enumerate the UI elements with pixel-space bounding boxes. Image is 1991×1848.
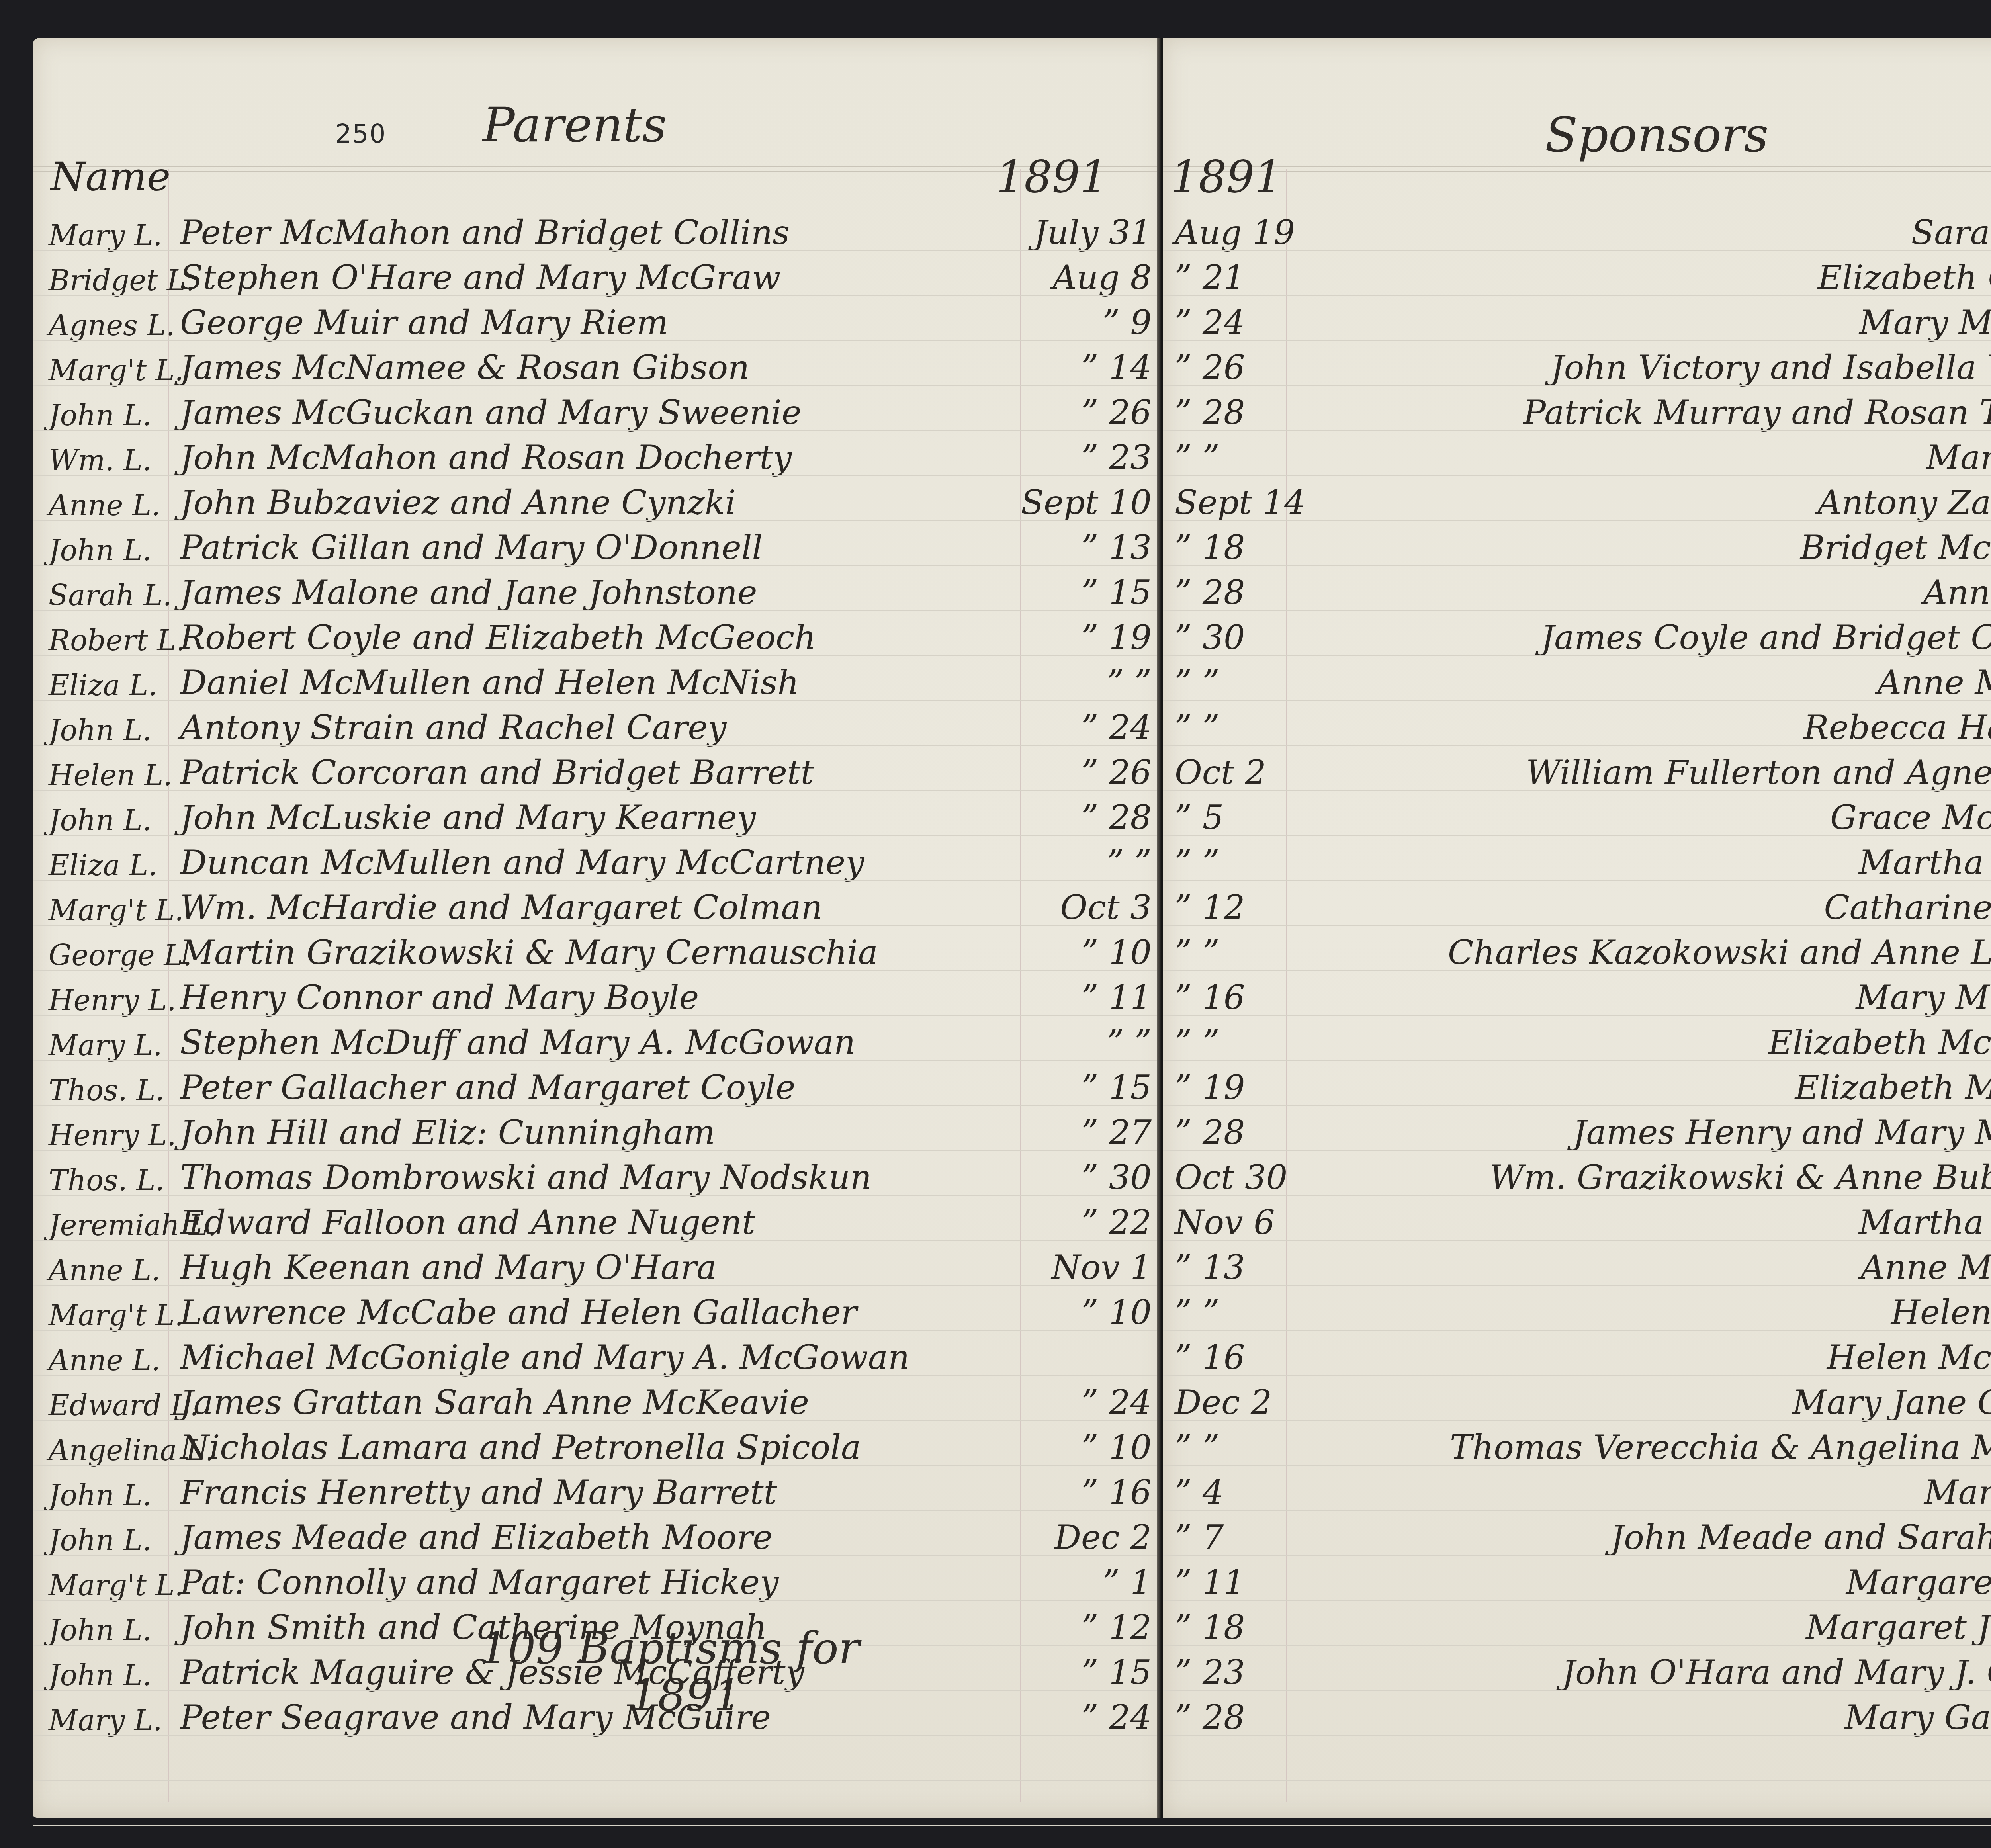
- ruling-line: [1163, 1105, 1991, 1106]
- baptism-row: Eliza L.Daniel McMullen and Helen McNish…: [33, 657, 1168, 702]
- ruling-line: [33, 1735, 1168, 1736]
- parents-names: James McGuckan and Mary Sweenie: [180, 393, 1020, 432]
- child-name: Thos. L.: [33, 1164, 180, 1197]
- sponsor-row: ” 18Bridget McMahonMich. Fox: [1163, 522, 1991, 567]
- parents-names: Pat: Connolly and Margaret Hickey: [180, 1563, 1020, 1602]
- parents-names: Edward Falloon and Anne Nugent: [180, 1203, 1020, 1242]
- ruling-line: [1163, 925, 1991, 926]
- sponsor-names: Elizabeth McAleer: [1306, 1068, 1991, 1107]
- baptism-date: Sept 14: [1163, 483, 1306, 522]
- baptism-date: ” 27: [1020, 1113, 1168, 1152]
- baptism-date: ” ”: [1163, 708, 1306, 747]
- sponsor-row: Dec 2Mary Jane GrattanMich. Fox: [1163, 1377, 1991, 1422]
- parents-names: George Muir and Mary Riem: [180, 303, 1020, 342]
- baptism-date: ” 11: [1020, 978, 1168, 1017]
- sponsor-row: ” ”Thomas Verecchia & Angelina ManciniMi…: [1163, 1422, 1991, 1467]
- baptism-date: Oct 3: [1020, 888, 1168, 927]
- sponsor-row: ” ”Anne MurphyMichael Fox: [1163, 657, 1991, 702]
- baptism-date: Aug 8: [1020, 258, 1168, 297]
- child-name: Henry L.: [33, 1119, 180, 1152]
- baptism-date: ” 15: [1020, 1068, 1168, 1107]
- ruling-line: [33, 1060, 1168, 1061]
- parents-names: Wm. McHardie and Margaret Colman: [180, 888, 1020, 927]
- ruling-line: [1163, 1600, 1991, 1601]
- header-rule: [1163, 171, 1991, 172]
- parents-names: Henry Connor and Mary Boyle: [180, 978, 1020, 1017]
- sponsor-row: Nov 6Martha FarrellMichael Fox: [1163, 1197, 1991, 1242]
- ruling-line: [33, 700, 1168, 701]
- sponsor-names: Mary Gallacher: [1306, 1698, 1991, 1737]
- ruling-line: [1163, 1645, 1991, 1646]
- sponsor-names: Bridget McMahon: [1306, 528, 1991, 567]
- child-name: Eliza L.: [33, 849, 180, 882]
- ruling-line: [1163, 295, 1991, 296]
- sponsor-row: ” 26John Victory and Isabella VictoryMic…: [1163, 342, 1991, 387]
- baptism-row: Edward L.James Grattan Sarah Anne McKeav…: [33, 1377, 1168, 1422]
- baptism-date: ” ”: [1163, 843, 1306, 882]
- parents-names: Robert Coyle and Elizabeth McGeoch: [180, 618, 1020, 657]
- ruling-line: [1163, 1825, 1991, 1826]
- parents-names: Hugh Keenan and Mary O'Hara: [180, 1248, 1020, 1287]
- baptism-date: ” ”: [1163, 1428, 1306, 1467]
- baptism-date: ” 30: [1163, 618, 1306, 657]
- baptism-date: ” 12: [1020, 1608, 1168, 1647]
- sponsor-row: ” 16Mary McToneyMich. Fox: [1163, 972, 1991, 1017]
- parents-names: Duncan McMullen and Mary McCartney: [180, 843, 1020, 882]
- ruling-line: [1163, 340, 1991, 341]
- sponsor-row: ” 28James Henry and Mary MurphyMich. Fox: [1163, 1107, 1991, 1152]
- ruling-line: [1163, 1240, 1991, 1241]
- ruling-line: [1163, 1330, 1991, 1331]
- baptism-row: Mary L.Peter McMahon and Bridget Collins…: [33, 207, 1168, 252]
- child-name: Jeremiah L.: [33, 1209, 180, 1242]
- sponsor-names: James Henry and Mary Murphy: [1306, 1113, 1991, 1152]
- ruling-line: [33, 1510, 1168, 1511]
- sponsor-names: Sarah Kane: [1306, 213, 1991, 252]
- sponsor-names: Elizabeth McGowan: [1306, 1023, 1991, 1062]
- ruling-line: [1163, 880, 1991, 881]
- baptism-row: Anne L.Michael McGonigle and Mary A. McG…: [33, 1332, 1168, 1377]
- parents-names: Antony Strain and Rachel Carey: [180, 708, 1020, 747]
- child-name: John L.: [33, 1478, 180, 1512]
- ruling-line: [1163, 1510, 1991, 1511]
- baptism-date: ” ”: [1163, 438, 1306, 477]
- ruling-line: [33, 835, 1168, 836]
- sponsor-row: Oct 30Wm. Grazikowski & Anne BubzaviekMi…: [1163, 1152, 1991, 1197]
- parents-names: John Hill and Eliz: Cunningham: [180, 1113, 1020, 1152]
- ruling-line: [1163, 430, 1991, 431]
- ruling-line: [1163, 790, 1991, 791]
- baptism-date: ” 24: [1020, 1383, 1168, 1422]
- baptism-row: Mary L.Stephen McDuff and Mary A. McGowa…: [33, 1017, 1168, 1062]
- year-header: 1891: [1171, 151, 1282, 202]
- baptism-date: Nov 1: [1020, 1248, 1168, 1287]
- baptism-date: Nov 6: [1163, 1203, 1306, 1242]
- ruling-line: [1163, 250, 1991, 251]
- ruling-line: [33, 340, 1168, 341]
- baptism-date: ” 30: [1020, 1158, 1168, 1197]
- ruling-line: [33, 1375, 1168, 1376]
- right-page: 251 Sponsors 1891 Aug 19Sarah KaneMichae…: [1163, 38, 1991, 1818]
- year-header: 1891: [996, 151, 1108, 202]
- baptism-row: Thos. L.Peter Gallacher and Margaret Coy…: [33, 1062, 1168, 1107]
- parents-names: Peter Gallacher and Margaret Coyle: [180, 1068, 1020, 1107]
- baptism-date: ” 5: [1163, 798, 1306, 837]
- sponsor-row: ” ”Helen KennyMichael Fox: [1163, 1287, 1991, 1332]
- sponsor-names: Helen Kenny: [1306, 1293, 1991, 1332]
- ruling-line: [33, 520, 1168, 521]
- child-name: Marg't L.: [33, 354, 180, 387]
- baptism-date: ” 28: [1163, 573, 1306, 612]
- parents-names: James Grattan Sarah Anne McKeavie: [180, 1383, 1020, 1422]
- sponsor-names: Catharine Henry: [1306, 888, 1991, 927]
- child-name: Thos. L.: [33, 1074, 180, 1107]
- baptism-date: Dec 2: [1020, 1518, 1168, 1557]
- baptism-date: ” 16: [1020, 1473, 1168, 1512]
- ruling-line: [1163, 565, 1991, 566]
- baptism-row: Sarah L.James Malone and Jane Johnstone”…: [33, 567, 1168, 612]
- parents-names: Daniel McMullen and Helen McNish: [180, 663, 1020, 702]
- baptism-date: ” 9: [1020, 303, 1168, 342]
- child-name: Marg't L.: [33, 1568, 180, 1602]
- ruling-line: [33, 1195, 1168, 1196]
- baptism-row: Anne L.John Bubzaviez and Anne CynzkiSep…: [33, 477, 1168, 522]
- ruling-line: [1163, 745, 1991, 746]
- parents-list: Mary L.Peter McMahon and Bridget Collins…: [33, 207, 1168, 1737]
- sponsor-row: ” 30James Coyle and Bridget CostelloMich…: [1163, 612, 1991, 657]
- baptism-date: ” 28: [1163, 1113, 1306, 1152]
- child-name: Anne L.: [33, 1343, 180, 1377]
- child-name: John L.: [33, 399, 180, 432]
- child-name: Wm. L.: [33, 444, 180, 477]
- baptism-date: ” 15: [1020, 573, 1168, 612]
- baptism-date: ” 13: [1020, 528, 1168, 567]
- left-page: 250 Parents Name 1891 Mary L.Peter McMah…: [33, 38, 1168, 1818]
- ruling-line: [33, 250, 1168, 251]
- baptism-date: ” 28: [1020, 798, 1168, 837]
- ruling-line: [33, 1015, 1168, 1016]
- baptism-date: Oct 2: [1163, 753, 1306, 792]
- ruling-line: [33, 880, 1168, 881]
- ruling-line: [33, 1240, 1168, 1241]
- baptism-row: Bridget L.Stephen O'Hare and Mary McGraw…: [33, 252, 1168, 297]
- sponsor-names: Mary Jane Grattan: [1306, 1383, 1991, 1422]
- sponsor-row: ” 24Mary McCourtMichael Fox: [1163, 297, 1991, 342]
- sponsor-names: John Victory and Isabella Victory: [1306, 348, 1991, 387]
- ruling-line: [1163, 520, 1991, 521]
- sponsor-row: ” 28Anne PriceMich. Fox: [1163, 567, 1991, 612]
- summary-count: 109 Baptisms for: [471, 1623, 869, 1674]
- sponsor-names: Margaret Jackson: [1306, 1608, 1991, 1647]
- sponsor-names: Mary McToney: [1306, 978, 1991, 1017]
- baptism-row: Thos. L.Thomas Dombrowski and Mary Nodsk…: [33, 1152, 1168, 1197]
- sponsor-names: Thomas Verecchia & Angelina Mancini: [1306, 1428, 1991, 1467]
- baptism-date: ” 28: [1163, 1698, 1306, 1737]
- parents-names: Patrick Corcoran and Bridget Barrett: [180, 753, 1020, 792]
- parents-names: Michael McGonigle and Mary A. McGowan: [180, 1338, 1020, 1377]
- parents-names: John Bubzaviez and Anne Cynzki: [180, 483, 1020, 522]
- sponsor-row: Oct 2William Fullerton and Agnes PriceMi…: [1163, 747, 1991, 792]
- sponsor-names: Martha Farrell: [1306, 1203, 1991, 1242]
- ruling-line: [33, 1600, 1168, 1601]
- ruling-line: [1163, 385, 1991, 386]
- child-name: Anne L.: [33, 489, 180, 522]
- child-name: Eliza L.: [33, 669, 180, 702]
- sponsor-names: Grace McKenzie: [1306, 798, 1991, 837]
- ruling-line: [33, 1105, 1168, 1106]
- baptism-date: ” ”: [1163, 663, 1306, 702]
- name-column-header: Name: [51, 153, 170, 200]
- parents-names: Martin Grazikowski & Mary Cernauschia: [180, 933, 1020, 972]
- ruling-line: [33, 1150, 1168, 1151]
- baptism-row: John L.James Meade and Elizabeth MooreDe…: [33, 1512, 1168, 1557]
- ruling-line: [33, 610, 1168, 611]
- baptism-row: George L.Martin Grazikowski & Mary Cerna…: [33, 927, 1168, 972]
- child-name: Bridget L.: [33, 264, 180, 297]
- sponsor-row: ” 19Elizabeth McAleerMich. Fox: [1163, 1062, 1991, 1107]
- baptism-date: ” 4: [1163, 1473, 1306, 1512]
- baptism-date: ” 23: [1020, 438, 1168, 477]
- baptism-date: ” 19: [1020, 618, 1168, 657]
- baptism-row: Marg't L.Wm. McHardie and Margaret Colma…: [33, 882, 1168, 927]
- sponsor-names: Mary Oaks: [1306, 1473, 1991, 1512]
- baptism-date: ” 24: [1020, 1698, 1168, 1737]
- baptism-date: ” 26: [1163, 348, 1306, 387]
- sponsor-row: ” 16Helen McGowanMich. Fox: [1163, 1332, 1991, 1377]
- ruling-line: [1163, 1780, 1991, 1781]
- baptism-row: John L.Patrick Gillan and Mary O'Donnell…: [33, 522, 1168, 567]
- parents-names: Lawrence McCabe and Helen Gallacher: [180, 1293, 1020, 1332]
- ruling-line: [33, 1465, 1168, 1466]
- sponsor-row: ” ”Mary ToddMich. Fox: [1163, 432, 1991, 477]
- baptism-row: Marg't L.James McNamee & Rosan Gibson” 1…: [33, 342, 1168, 387]
- ruling-line: [33, 790, 1168, 791]
- sponsors-heading: Sponsors: [1545, 108, 1768, 163]
- baptism-date: ” 10: [1020, 933, 1168, 972]
- baptism-row: Marg't L.Pat: Connolly and Margaret Hick…: [33, 1557, 1168, 1602]
- baptism-row: John L.James McGuckan and Mary Sweenie” …: [33, 387, 1168, 432]
- baptism-date: Aug 19: [1163, 213, 1306, 252]
- ruling-line: [1163, 1195, 1991, 1196]
- child-name: Helen L.: [33, 759, 180, 792]
- ruling-line: [33, 1780, 1168, 1781]
- baptism-date: ” 13: [1163, 1248, 1306, 1287]
- ruling-line: [1163, 1015, 1991, 1016]
- sponsor-names: Rebecca Harrison: [1306, 708, 1991, 747]
- baptism-row: Anne L.Hugh Keenan and Mary O'HaraNov 1: [33, 1242, 1168, 1287]
- baptism-date: ” 22: [1020, 1203, 1168, 1242]
- ruling-line: [1163, 655, 1991, 656]
- baptism-date: ” ”: [1020, 843, 1168, 882]
- sponsor-names: Anne Murphy: [1306, 663, 1991, 702]
- ruling-line: [1163, 1285, 1991, 1286]
- baptism-row: John L.Antony Strain and Rachel Carey” 2…: [33, 702, 1168, 747]
- baptism-date: ” ”: [1163, 1293, 1306, 1332]
- baptism-row: Henry L.John Hill and Eliz: Cunningham” …: [33, 1107, 1168, 1152]
- child-name: Anne L.: [33, 1254, 180, 1287]
- baptism-date: ” 15: [1020, 1653, 1168, 1692]
- parents-names: Stephen McDuff and Mary A. McGowan: [180, 1023, 1020, 1062]
- ruling-line: [33, 925, 1168, 926]
- baptism-date: ” 16: [1163, 978, 1306, 1017]
- sponsor-row: ” 18Margaret JacksonMich. Fox: [1163, 1602, 1991, 1647]
- ruling-line: [33, 1555, 1168, 1556]
- baptism-date: ” 18: [1163, 528, 1306, 567]
- baptism-row: Angelina L.Nicholas Lamara and Petronell…: [33, 1422, 1168, 1467]
- parents-names: John McMahon and Rosan Docherty: [180, 438, 1020, 477]
- baptism-row: Marg't L.Lawrence McCabe and Helen Galla…: [33, 1287, 1168, 1332]
- baptism-row: Helen L.Patrick Corcoran and Bridget Bar…: [33, 747, 1168, 792]
- ruling-line: [33, 295, 1168, 296]
- parents-heading: Parents: [483, 98, 667, 153]
- baptism-date: July 31: [1020, 213, 1168, 252]
- sponsor-names: Wm. Grazikowski & Anne Bubzaviek: [1306, 1158, 1991, 1197]
- sponsors-list: Aug 19Sarah KaneMichael Fox” 21Elizabeth…: [1163, 207, 1991, 1737]
- baptism-date: ” ”: [1163, 933, 1306, 972]
- sponsor-row: ” 13Anne McAdamMich. Fox: [1163, 1242, 1991, 1287]
- child-name: George L.: [33, 939, 180, 972]
- sponsor-row: ” 12Catharine HenryMich. Fox: [1163, 882, 1991, 927]
- baptism-date: Sept 10: [1020, 483, 1168, 522]
- child-name: Marg't L.: [33, 894, 180, 927]
- ruling-line: [33, 430, 1168, 431]
- baptism-date: ” ”: [1020, 663, 1168, 702]
- sponsor-names: John Meade and Sarah Smith: [1306, 1518, 1991, 1557]
- baptism-row: Agnes L.George Muir and Mary Riem” 9: [33, 297, 1168, 342]
- sponsor-names: James Coyle and Bridget Costello: [1306, 618, 1991, 657]
- summary-year: 1891: [471, 1670, 869, 1721]
- ruling-line: [1163, 970, 1991, 971]
- baptism-date: ” 28: [1163, 393, 1306, 432]
- ruling-line: [1163, 700, 1991, 701]
- ruling-line: [1163, 1420, 1991, 1421]
- child-name: Henry L.: [33, 984, 180, 1017]
- baptism-row: Eliza L.Duncan McMullen and Mary McCartn…: [33, 837, 1168, 882]
- parents-names: Nicholas Lamara and Petronella Spicola: [180, 1428, 1020, 1467]
- baptism-date: ” 21: [1163, 258, 1306, 297]
- parents-names: Francis Henretty and Mary Barrett: [180, 1473, 1020, 1512]
- baptism-row: John L.John McLuskie and Mary Kearney” 2…: [33, 792, 1168, 837]
- baptism-row: Henry L.Henry Connor and Mary Boyle” 11: [33, 972, 1168, 1017]
- sponsor-row: ” 23John O'Hara and Mary J. O'HaraMich. …: [1163, 1647, 1991, 1692]
- ruling-line: [33, 655, 1168, 656]
- baptism-date: ” 1: [1020, 1563, 1168, 1602]
- parents-names: Peter McMahon and Bridget Collins: [180, 213, 1020, 252]
- baptism-date: ” 10: [1020, 1293, 1168, 1332]
- sponsor-row: Sept 14Antony ZamaszkiMich. Fox: [1163, 477, 1991, 522]
- sponsor-names: Martha Farrell: [1306, 843, 1991, 882]
- sponsor-row: Aug 19Sarah KaneMichael Fox: [1163, 207, 1991, 252]
- ruling-line: [1163, 1690, 1991, 1691]
- child-name: Sarah L.: [33, 579, 180, 612]
- child-name: John L.: [33, 1613, 180, 1647]
- baptism-date: ” 14: [1020, 348, 1168, 387]
- ruling-line: [33, 475, 1168, 476]
- child-name: John L.: [33, 1523, 180, 1557]
- ruling-line: [33, 745, 1168, 746]
- sponsor-names: Helen McGowan: [1306, 1338, 1991, 1377]
- baptism-row: John L.Francis Henretty and Mary Barrett…: [33, 1467, 1168, 1512]
- ruling-line: [1163, 1465, 1991, 1466]
- summary-note: 109 Baptisms for 1891: [471, 1623, 869, 1721]
- child-name: Edward L.: [33, 1388, 180, 1422]
- sponsor-row: ” ”Elizabeth McGowanMich. Fox: [1163, 1017, 1991, 1062]
- sponsor-names: Anne Price: [1306, 573, 1991, 612]
- parents-names: James Malone and Jane Johnstone: [180, 573, 1020, 612]
- baptism-row: Wm. L.John McMahon and Rosan Docherty” 2…: [33, 432, 1168, 477]
- child-name: John L.: [33, 714, 180, 747]
- ruling-line: [1163, 475, 1991, 476]
- baptism-date: ” 11: [1163, 1563, 1306, 1602]
- sponsor-names: Anne McAdam: [1306, 1248, 1991, 1287]
- sponsor-names: Patrick Murray and Rosan Tierney: [1306, 393, 1991, 432]
- sponsor-names: Elizabeth Curran: [1306, 258, 1991, 297]
- baptism-date: ” ”: [1020, 1023, 1168, 1062]
- baptism-date: ” 16: [1163, 1338, 1306, 1377]
- baptism-date: ” 12: [1163, 888, 1306, 927]
- baptism-date: ” 10: [1020, 1428, 1168, 1467]
- sponsor-names: Antony Zamaszki: [1306, 483, 1991, 522]
- ruling-line: [1163, 1150, 1991, 1151]
- baptism-date: ” 18: [1163, 1608, 1306, 1647]
- child-name: Mary L.: [33, 219, 180, 252]
- baptism-date: ” ”: [1163, 1023, 1306, 1062]
- baptism-date: ” 24: [1020, 708, 1168, 747]
- sponsor-row: ” 28Mary GallacherMich. Fox: [1163, 1692, 1991, 1737]
- ruling-line: [33, 1330, 1168, 1331]
- baptism-date: ” 26: [1020, 393, 1168, 432]
- child-name: Mary L.: [33, 1703, 180, 1737]
- ruling-line: [33, 1825, 1168, 1826]
- sponsor-names: Mary Todd: [1306, 438, 1991, 477]
- ruling-line: [1163, 1060, 1991, 1061]
- parents-names: Thomas Dombrowski and Mary Nodskun: [180, 1158, 1020, 1197]
- ruling-line: [1163, 835, 1991, 836]
- parents-names: John McLuskie and Mary Kearney: [180, 798, 1020, 837]
- child-name: John L.: [33, 534, 180, 567]
- ruling-line: [33, 970, 1168, 971]
- sponsor-row: ” 11Margaret CarlyMich. Fox: [1163, 1557, 1991, 1602]
- sponsor-names: Margaret Carly: [1306, 1563, 1991, 1602]
- sponsor-row: ” ”Rebecca HarrisonMichael Fox: [1163, 702, 1991, 747]
- sponsor-names: John O'Hara and Mary J. O'Hara: [1306, 1653, 1991, 1692]
- baptism-date: ” 19: [1163, 1068, 1306, 1107]
- sponsor-row: ” 21Elizabeth CurranMichael Fox: [1163, 252, 1991, 297]
- child-name: Mary L.: [33, 1029, 180, 1062]
- sponsor-row: ” 4Mary OaksMich. Fox: [1163, 1467, 1991, 1512]
- baptism-date: ” 7: [1163, 1518, 1306, 1557]
- ruling-line: [1163, 610, 1991, 611]
- ruling-line: [1163, 1735, 1991, 1736]
- parents-names: Patrick Gillan and Mary O'Donnell: [180, 528, 1020, 567]
- ruling-line: [1163, 1375, 1991, 1376]
- baptism-date: Oct 30: [1163, 1158, 1306, 1197]
- baptism-row: Jeremiah L.Edward Falloon and Anne Nugen…: [33, 1197, 1168, 1242]
- sponsor-row: ” 28Patrick Murray and Rosan TierneyMich…: [1163, 387, 1991, 432]
- child-name: Agnes L.: [33, 309, 180, 342]
- ruling-line: [33, 565, 1168, 566]
- baptism-row: Robert L.Robert Coyle and Elizabeth McGe…: [33, 612, 1168, 657]
- child-name: Marg't L.: [33, 1298, 180, 1332]
- child-name: John L.: [33, 804, 180, 837]
- child-name: John L.: [33, 1658, 180, 1692]
- header-rule: [1163, 166, 1991, 167]
- baptism-date: ” 23: [1163, 1653, 1306, 1692]
- ruling-line: [1163, 1555, 1991, 1556]
- page-number: 250: [335, 119, 386, 149]
- sponsor-row: ” 5Grace McKenzieMich. Fox: [1163, 792, 1991, 837]
- sponsor-row: ” ”Martha FarrellMich. Fox: [1163, 837, 1991, 882]
